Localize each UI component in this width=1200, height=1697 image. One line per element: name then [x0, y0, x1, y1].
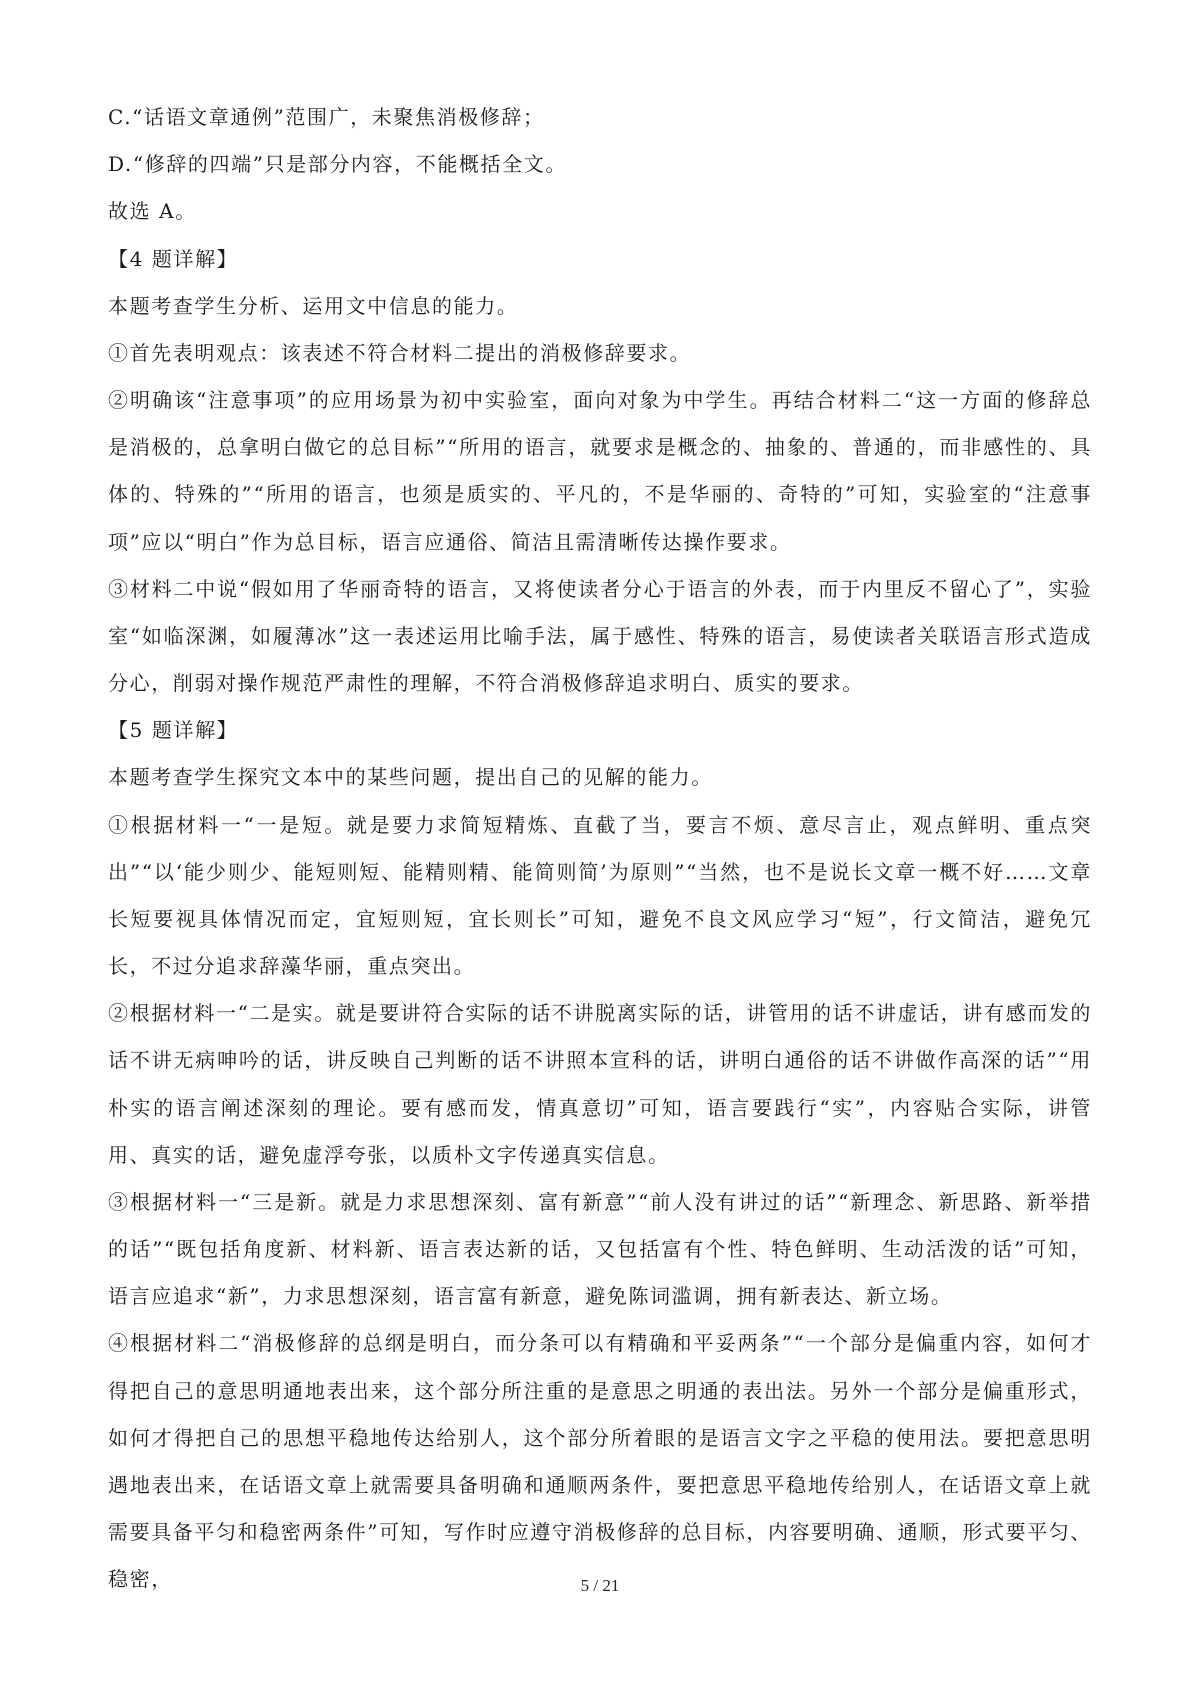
- q5-point-3: ③根据材料一“三是新。就是力求思想深刻、富有新意”“前人没有讲过的话”“新理念、…: [108, 1179, 1092, 1321]
- q4-intro: 本题考查学生分析、运用文中信息的能力。: [108, 283, 1092, 330]
- q4-point-3: ③材料二中说“假如用了华丽奇特的语言，又将使读者分心于语言的外表，而于内里反不留…: [108, 566, 1092, 708]
- section-heading-q4: 【4 题详解】: [108, 236, 1092, 283]
- q4-point-2: ②明确该“注意事项”的应用场景为初中实验室，面向对象为中学生。再结合材料二“这一…: [108, 377, 1092, 566]
- page-number: 5 / 21: [0, 1576, 1200, 1596]
- option-d-analysis: D.“修辞的四端”只是部分内容，不能概括全文。: [108, 141, 1092, 188]
- q5-point-4: ④根据材料二“消极修辞的总纲是明白，而分条可以有精确和平妥两条”“一个部分是偏重…: [108, 1320, 1092, 1603]
- document-page: C.“话语文章通例”范围广，未聚焦消极修辞； D.“修辞的四端”只是部分内容，不…: [0, 0, 1200, 1697]
- document-body: C.“话语文章通例”范围广，未聚焦消极修辞； D.“修辞的四端”只是部分内容，不…: [108, 94, 1092, 1604]
- q5-point-1: ①根据材料一“一是短。就是要力求简短精炼、直截了当，要言不烦、意尽言止，观点鲜明…: [108, 802, 1092, 991]
- q5-point-2: ②根据材料一“二是实。就是要讲符合实际的话不讲脱离实际的话，讲管用的话不讲虚话，…: [108, 990, 1092, 1179]
- q5-intro: 本题考查学生探究文本中的某些问题，提出自己的见解的能力。: [108, 754, 1092, 801]
- answer-line: 故选 A。: [108, 188, 1092, 235]
- q4-point-1: ①首先表明观点：该表述不符合材料二提出的消极修辞要求。: [108, 330, 1092, 377]
- section-heading-q5: 【5 题详解】: [108, 707, 1092, 754]
- option-c-analysis: C.“话语文章通例”范围广，未聚焦消极修辞；: [108, 94, 1092, 141]
